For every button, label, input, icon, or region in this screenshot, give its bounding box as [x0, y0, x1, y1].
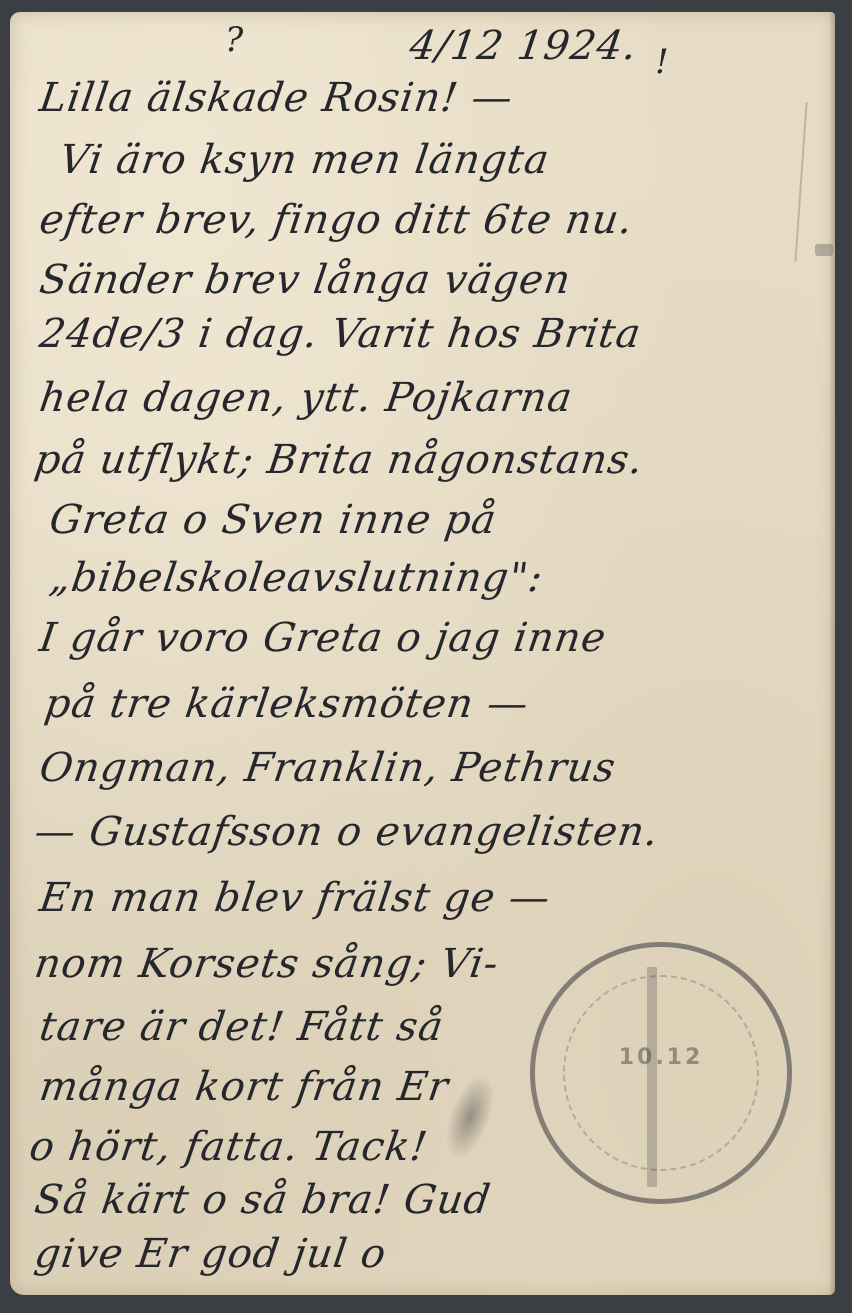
letter-line-11: på tre kärleksmöten —	[42, 684, 531, 724]
postmark-text: 10.12	[535, 1045, 787, 1070]
letter-line-12: Ongman, Franklin, Pethrus	[37, 748, 618, 788]
date-line: 4/12 1924.	[407, 26, 640, 66]
postmark-inner-ring	[563, 975, 759, 1171]
card-edge-shadow	[829, 12, 835, 1295]
letter-line-4: Sänder brev långa vägen	[37, 260, 574, 300]
header-mark-right: !	[655, 42, 669, 82]
letter-line-19: Så kärt o så bra! Gud	[32, 1180, 493, 1220]
letter-line-5: 24de/3 i dag. Varit hos Brita	[37, 314, 644, 354]
letter-line-7: på utflykt; Brita någonstans.	[32, 440, 646, 480]
postmark-bar	[647, 967, 657, 1187]
postcard: 10.12 ? 4/12 1924. ! Lilla älskade Rosin…	[10, 12, 835, 1295]
postmark-stamp: 10.12	[530, 942, 792, 1204]
letter-line-2: Vi äro ksyn men längta	[57, 140, 552, 180]
card-crease	[794, 102, 807, 262]
letter-line-20: give Er god jul o	[32, 1234, 389, 1274]
card-edge-tear	[815, 244, 833, 256]
letter-line-1: Lilla älskade Rosin! —	[37, 78, 515, 118]
letter-line-9: „bibelskoleavslutning":	[47, 558, 546, 598]
letter-line-15: nom Korsets sång; Vi-	[32, 944, 501, 984]
letter-line-3: efter brev, fingo ditt 6te nu.	[37, 200, 636, 240]
header-mark-left: ?	[225, 20, 243, 60]
letter-line-6: hela dagen, ytt. Pojkarna	[37, 378, 575, 418]
letter-line-14: En man blev frälst ge —	[37, 878, 553, 918]
letter-line-10: I går voro Greta o jag inne	[37, 618, 609, 658]
letter-line-13: — Gustafsson o evangelisten.	[32, 812, 661, 852]
letter-line-18: o hört, fatta. Tack!	[27, 1127, 430, 1167]
letter-line-17: många kort från Er	[37, 1067, 451, 1107]
letter-line-8: Greta o Sven inne på	[47, 500, 499, 540]
letter-line-16: tare är det! Fått så	[37, 1007, 446, 1047]
